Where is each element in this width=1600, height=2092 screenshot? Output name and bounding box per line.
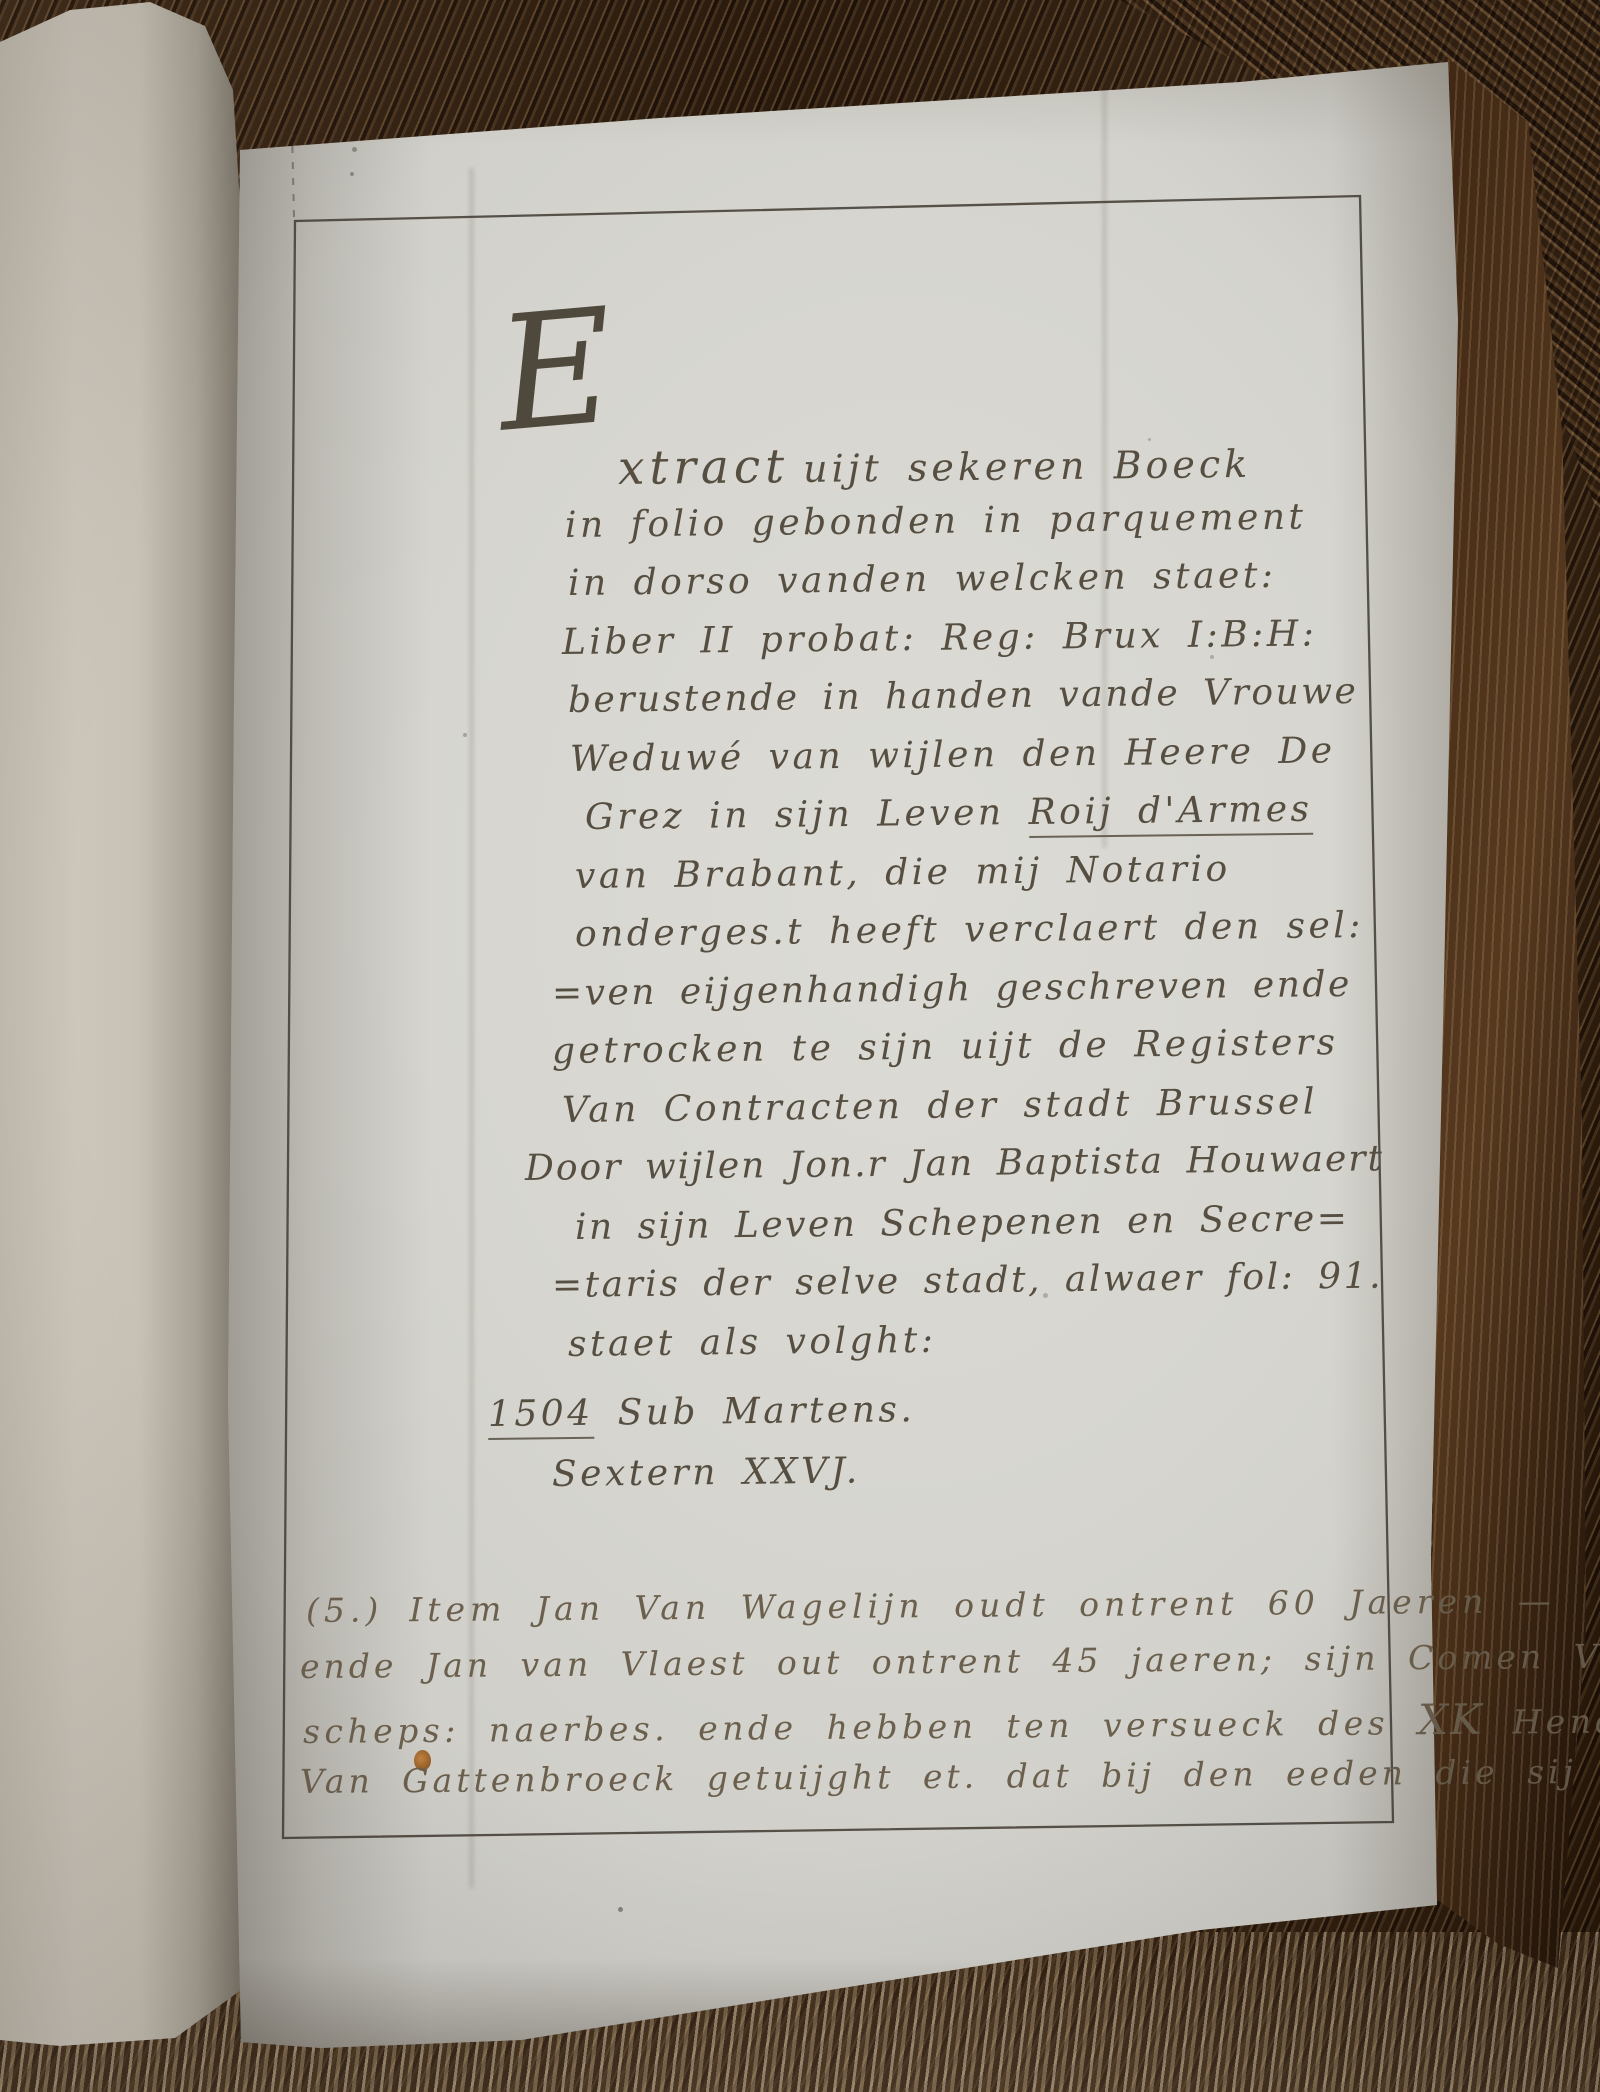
line-07-pre: Grez in sijn Leven xyxy=(585,792,1029,838)
line-heading: xtractuijt sekeren Boeck xyxy=(618,434,1252,496)
line-22: Van Gattenbroeck getuijght et. dat bij d… xyxy=(300,1752,1577,1801)
line-15: =taris der selve stadt, alwaer fol: 91. xyxy=(552,1256,1383,1306)
line-06: Weduwé van wijlen den Heere De xyxy=(570,730,1336,780)
line-21-post: Hendricx xyxy=(1483,1701,1600,1742)
line-03: in dorso vanden welcken staet: xyxy=(568,555,1277,604)
underlined-1504: 1504 xyxy=(488,1393,594,1440)
heading-word: xtract xyxy=(618,439,790,496)
line-13: Door wijlen Jon.r Jan Baptista Houwaert xyxy=(525,1138,1384,1189)
line-11: getrocken te sijn uijt de Registers xyxy=(552,1022,1339,1072)
line-17-rest: Sub Martens. xyxy=(593,1389,915,1434)
manuscript-text: E xtractuijt sekeren Boeck in folio gebo… xyxy=(0,0,1600,2092)
line-07: Grez in sijn Leven Roij d'Armes xyxy=(585,789,1313,838)
heading-tail: uijt sekeren Boeck xyxy=(803,442,1252,491)
line-09: onderges.t heeft verclaert den sel: xyxy=(575,905,1364,955)
drop-cap-E: E xyxy=(491,287,620,454)
line-21-initials: XK xyxy=(1418,1695,1484,1745)
item-number: (5.) xyxy=(306,1590,384,1630)
line-05: berustende in handen vande Vrouwe xyxy=(568,671,1359,721)
underlined-roij-darmes: Roij d'Armes xyxy=(1028,789,1312,838)
line-21-pre: scheps: naerbes. ende hebben ten versuec… xyxy=(303,1703,1418,1751)
line-08: van Brabant, die mij Notario xyxy=(575,849,1231,897)
line-19-text: Item Jan Van Wagelijn oudt ontrent 60 Ja… xyxy=(409,1581,1556,1629)
line-17: 1504 Sub Martens. xyxy=(488,1389,916,1435)
line-10: =ven eijgenhandigh geschreven ende xyxy=(552,964,1352,1014)
line-18: Sextern XXVJ. xyxy=(552,1450,861,1494)
line-12: Van Contracten der stadt Brussel xyxy=(562,1081,1318,1131)
line-14: in sijn Leven Schepenen en Secre= xyxy=(575,1198,1350,1248)
line-04: Liber II probat: Reg: Brux I:B:H: xyxy=(562,613,1318,663)
line-02: in folio gebonden in parquement xyxy=(565,497,1307,546)
line-19: (5.)Item Jan Van Wagelijn oudt ontrent 6… xyxy=(306,1581,1556,1630)
line-21: scheps: naerbes. ende hebben ten versuec… xyxy=(303,1693,1600,1753)
line-20: ende Jan van Vlaest out ontrent 45 jaere… xyxy=(300,1636,1600,1686)
line-16: staet als volght: xyxy=(568,1320,937,1365)
